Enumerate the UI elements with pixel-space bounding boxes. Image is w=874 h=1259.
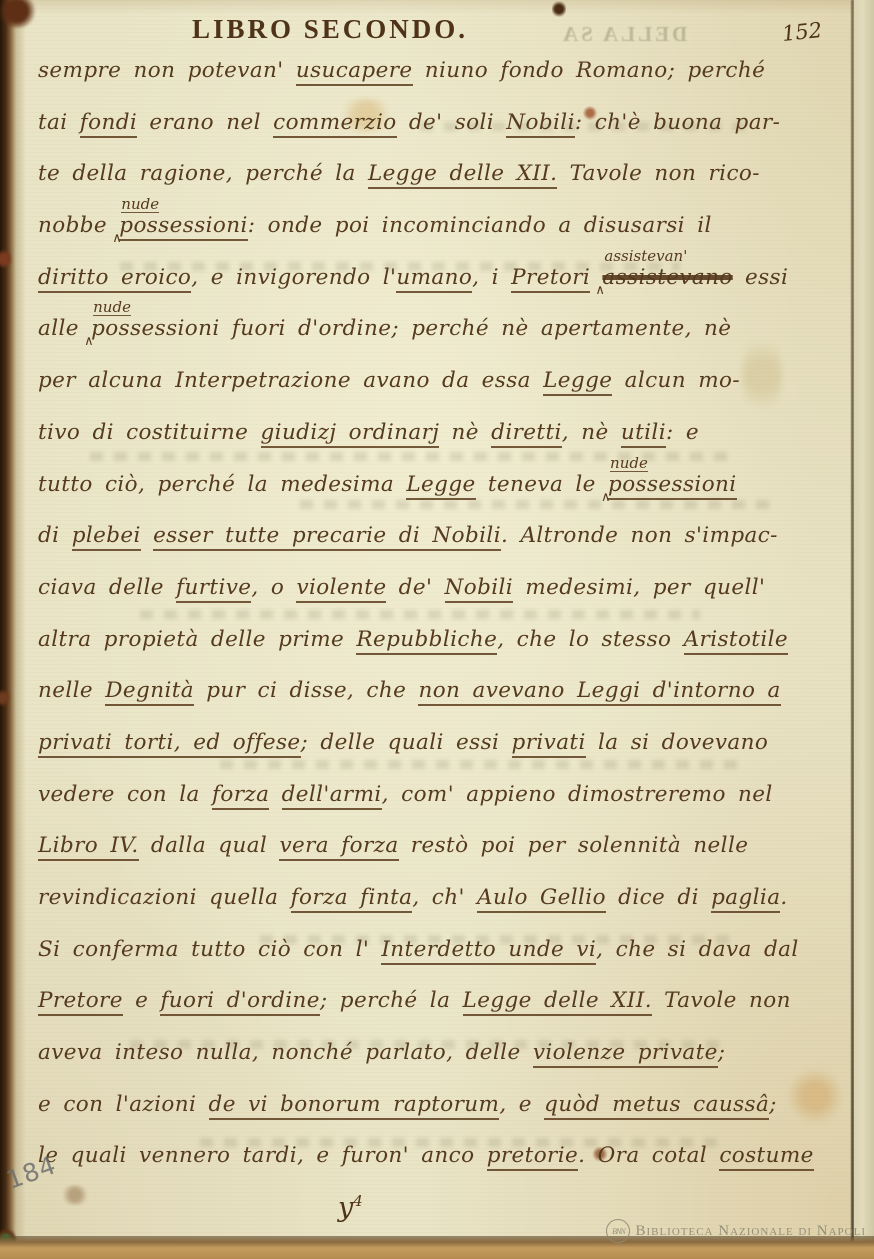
underlined-phrase: Nobili <box>445 575 514 603</box>
manuscript-text: , e <box>499 1092 544 1117</box>
manuscript-text: ; perché la <box>320 988 463 1013</box>
underlined-phrase: de vi bonorum raptorum <box>209 1092 500 1120</box>
manuscript-text: medesimi, per quell' <box>513 575 765 600</box>
underlined-phrase: non avevano Leggi d'intorno a <box>418 678 780 706</box>
manuscript-text: le quali vennero tardi, e furon' anco <box>38 1143 487 1168</box>
interlinear-insertion-wrap: nude∧possessioni <box>119 213 248 238</box>
underlined-phrase: violente <box>296 575 386 603</box>
manuscript-text: teneva le <box>476 472 608 497</box>
manuscript-line: per alcuna Interpetrazione avano da essa… <box>38 368 816 420</box>
manuscript-text: di <box>38 523 72 548</box>
underlined-phrase: plebei <box>72 523 141 551</box>
underlined-phrase: Interdetto unde vi <box>381 937 596 965</box>
manuscript-text: dalla qual <box>139 833 280 858</box>
manuscript-text: . Ora cotal <box>578 1143 719 1168</box>
manuscript-text-block: sempre non potevan' usucapere niuno fond… <box>38 58 816 1195</box>
underlined-phrase: commerzio <box>273 110 397 138</box>
manuscript-text: sempre non potevan' <box>38 58 296 83</box>
underlined-phrase: pretorie <box>487 1143 578 1171</box>
gathering-signature-number: 4 <box>353 1192 363 1210</box>
manuscript-text: , che si dava dal <box>596 937 799 962</box>
manuscript-text: nobbe <box>38 213 119 238</box>
manuscript-text: : ch'è buona par- <box>575 110 780 135</box>
manuscript-text: aveva inteso nulla, nonché parlato, dell… <box>38 1040 533 1065</box>
manuscript-word: possessioni <box>119 213 248 241</box>
underlined-phrase: fondi <box>80 110 137 138</box>
underlined-phrase: diritto eroico <box>38 265 191 293</box>
interlinear-insertion: assistevan' <box>604 249 687 264</box>
interlinear-insertion-wrap: nude∧possessioni <box>91 316 220 341</box>
underlined-phrase: Legge <box>543 368 612 396</box>
underlined-phrase: forza finta <box>291 885 413 913</box>
manuscript-line: Pretore e fuori d'ordine; perché la Legg… <box>38 988 816 1040</box>
underlined-phrase: forza <box>212 782 269 810</box>
interlinear-insertion: nude <box>610 456 648 472</box>
manuscript-line: Si conferma tutto ciò con l' Interdetto … <box>38 937 816 989</box>
manuscript-text: Si conferma tutto ciò con l' <box>38 937 381 962</box>
manuscript-text: : onde poi incominciando a disusarsi il <box>248 213 712 238</box>
manuscript-text <box>141 523 153 548</box>
underlined-phrase: esser tutte precarie di Nobili <box>153 523 501 551</box>
gathering-signature-letter: y <box>338 1192 353 1223</box>
underlined-phrase: Degnità <box>105 678 194 706</box>
manuscript-word: possessioni <box>91 316 220 341</box>
underlined-phrase: Pretori <box>511 265 590 293</box>
interlinear-insertion-wrap: nude∧possessioni <box>608 472 737 497</box>
manuscript-text: Tavole non <box>652 988 791 1013</box>
manuscript-text: , com' appieno dimostreremo nel <box>382 782 773 807</box>
manuscript-line: vedere con la forza dell'armi, com' appi… <box>38 782 816 834</box>
manuscript-text: altra propietà delle prime <box>38 627 356 652</box>
manuscript-line: le quali vennero tardi, e furon' anco pr… <box>38 1143 816 1195</box>
manuscript-line: Libro IV. dalla qual vera forza restò po… <box>38 833 816 885</box>
struck-through-word: assistevano <box>602 265 732 290</box>
manuscript-text: , i <box>472 265 511 290</box>
manuscript-text: restò poi per solennità nelle <box>399 833 749 858</box>
manuscript-line: di plebei esser tutte precarie di Nobili… <box>38 523 816 575</box>
underlined-phrase: diretti <box>491 420 562 448</box>
manuscript-line: tai fondi erano nel commerzio de' soli N… <box>38 110 816 162</box>
page-right-margin <box>854 0 874 1259</box>
underlined-phrase: fuori d'ordine <box>160 988 319 1016</box>
underlined-phrase: Aulo Gellio <box>477 885 606 913</box>
interlinear-insertion: nude <box>93 300 131 316</box>
book-binding-edge <box>0 0 26 1259</box>
underlined-phrase: paglia <box>711 885 780 913</box>
manuscript-text: alcun mo- <box>612 368 740 393</box>
underlined-phrase: umano <box>396 265 472 293</box>
interlinear-insertion-wrap: assistevan'∧assistevano <box>602 265 732 290</box>
manuscript-line: alle nude∧possessioni fuori d'ordine; pe… <box>38 316 816 368</box>
underlined-phrase: Aristotile <box>684 627 788 655</box>
manuscript-line: nobbe nude∧possessioni: onde poi incomin… <box>38 213 816 265</box>
manuscript-text: ; <box>718 1040 726 1065</box>
underlined-phrase: Pretore <box>38 988 123 1016</box>
underlined-phrase: Legge delle XII. <box>463 988 652 1016</box>
manuscript-line: nelle Degnità pur ci disse, che non avev… <box>38 678 816 730</box>
underlined-phrase: Legge <box>406 472 475 500</box>
underlined-phrase: Repubbliche <box>356 627 497 655</box>
underlined-phrase: vera forza <box>279 833 398 861</box>
manuscript-line: altra propietà delle prime Repubbliche, … <box>38 627 816 679</box>
manuscript-text: de' <box>386 575 444 600</box>
manuscript-text: . <box>780 885 787 910</box>
manuscript-line: tutto ciò, perché la medesima Legge tene… <box>38 472 816 524</box>
manuscript-line: sempre non potevan' usucapere niuno fond… <box>38 58 816 110</box>
manuscript-text: , ch' <box>412 885 477 910</box>
manuscript-text: essi <box>733 265 789 290</box>
manuscript-text: te della ragione, perché la <box>38 161 368 186</box>
library-stamp: BNN Biblioteca Nazionale di Napoli <box>606 1219 866 1243</box>
manuscript-text: fuori d'ordine; perché nè apertamente, n… <box>220 316 732 341</box>
underlined-phrase: utili <box>621 420 666 448</box>
manuscript-text: , nè <box>562 420 621 445</box>
manuscript-text: tai <box>38 110 80 135</box>
library-monogram-icon: BNN <box>606 1219 630 1243</box>
manuscript-text: revindicazioni quella <box>38 885 291 910</box>
manuscript-text: ; <box>769 1092 777 1117</box>
manuscript-word: possessioni <box>608 472 737 500</box>
interlinear-insertion: nude <box>121 197 159 213</box>
gathering-signature: y4 <box>338 1192 363 1223</box>
manuscript-line: ciava delle furtive, o violente de' Nobi… <box>38 575 816 627</box>
manuscript-text: dice di <box>606 885 711 910</box>
manuscript-text: tivo di costituirne <box>38 420 261 445</box>
manuscript-text: , e invigorendo l' <box>191 265 396 290</box>
library-stamp-text: Biblioteca Nazionale di Napoli <box>635 1223 866 1240</box>
manuscript-text: nelle <box>38 678 105 703</box>
manuscript-text: de' soli <box>397 110 507 135</box>
manuscript-text: la si dovevano <box>586 730 768 755</box>
manuscript-text: Tavole non rico- <box>557 161 760 186</box>
manuscript-text: , che lo stesso <box>497 627 683 652</box>
underlined-phrase: Legge delle XII. <box>368 161 557 189</box>
underlined-phrase: costume <box>719 1143 813 1171</box>
insertion-caret-icon: ∧ <box>112 231 122 246</box>
manuscript-text <box>269 782 281 807</box>
manuscript-text: niuno fondo Romano; perché <box>413 58 766 83</box>
manuscript-line: aveva inteso nulla, nonché parlato, dell… <box>38 1040 816 1092</box>
manuscript-line: revindicazioni quella forza finta, ch' A… <box>38 885 816 937</box>
manuscript-text: erano nel <box>137 110 273 135</box>
manuscript-text: ciava delle <box>38 575 176 600</box>
insertion-caret-icon: ∧ <box>84 334 94 349</box>
page-title: LIBRO SECONDO. <box>30 14 630 45</box>
insertion-caret-icon: ∧ <box>601 490 611 505</box>
underlined-phrase: giudizj ordinarj <box>261 420 440 448</box>
manuscript-text: . Altronde non s'impac- <box>501 523 778 548</box>
insertion-caret-icon: ∧ <box>595 283 605 298</box>
underlined-phrase: Nobili <box>506 110 575 138</box>
manuscript-text: , o <box>251 575 296 600</box>
manuscript-text: per alcuna Interpetrazione avano da essa <box>38 368 543 393</box>
underlined-phrase: dell'armi <box>282 782 382 810</box>
manuscript-text: tutto ciò, perché la medesima <box>38 472 406 497</box>
manuscript-text: nè <box>439 420 491 445</box>
underlined-phrase: privati torti, ed offese <box>38 730 301 758</box>
underlined-phrase: privati <box>512 730 586 758</box>
manuscript-line: tivo di costituirne giudizj ordinarj nè … <box>38 420 816 472</box>
manuscript-line: diritto eroico, e invigorendo l'umano, i… <box>38 265 816 317</box>
underlined-phrase: usucapere <box>296 58 413 86</box>
manuscript-text: : e <box>666 420 699 445</box>
manuscript-line: privati torti, ed offese; delle quali es… <box>38 730 816 782</box>
manuscript-text: e con l'azioni <box>38 1092 209 1117</box>
manuscript-text: vedere con la <box>38 782 212 807</box>
folio-number: 152 <box>781 18 823 46</box>
manuscript-text: e <box>123 988 161 1013</box>
manuscript-text: ; delle quali essi <box>301 730 512 755</box>
underlined-phrase: violenze private <box>533 1040 718 1068</box>
underlined-phrase: quòd metus caussâ <box>544 1092 769 1120</box>
manuscript-line: e con l'azioni de vi bonorum raptorum, e… <box>38 1092 816 1144</box>
underlined-phrase: Libro IV. <box>38 833 139 861</box>
manuscript-scan-page: { "header": { "title": "LIBRO SECONDO.",… <box>0 0 874 1259</box>
manuscript-text: pur ci disse, che <box>194 678 418 703</box>
underlined-phrase: furtive <box>176 575 251 603</box>
